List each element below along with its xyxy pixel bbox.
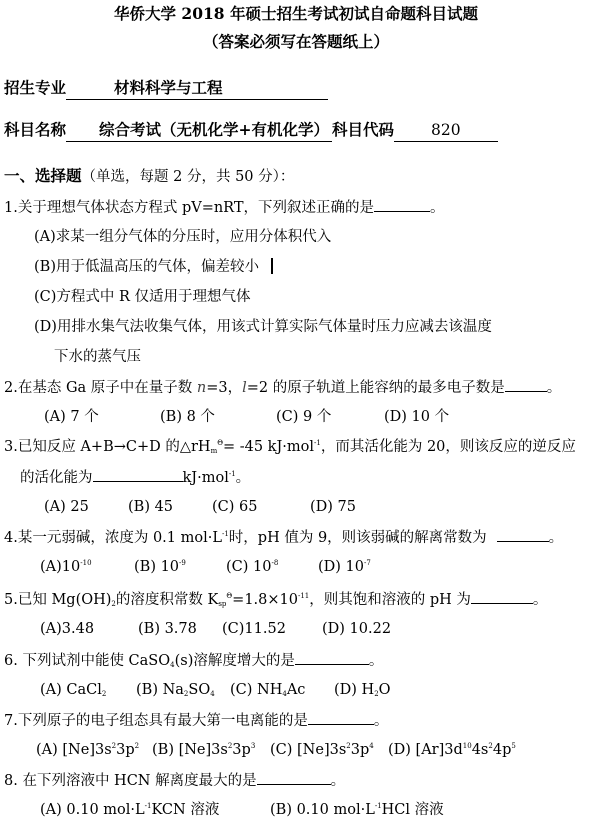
q6-options: (A) CaCl2(B) Na2SO4(C) NH4Ac(D) H2O (40, 680, 391, 700)
subject-row: 科目名称综合考试（无机化学+有机化学）科目代码820 (4, 120, 498, 142)
subject-label: 科目名称 (4, 120, 66, 139)
code-label: 科目代码 (332, 120, 394, 139)
q1-option-d-cont: 下水的蒸气压 (54, 347, 141, 367)
question-4: 4.某一元弱碱，浓度为 0.1 mol·L-1时，pH 值为 9，则该弱碱的解离… (4, 527, 563, 548)
text-cursor (271, 258, 273, 274)
q5-options: (A)3.48(B) 3.78(C)11.52(D) 10.22 (40, 619, 391, 639)
exam-subtitle: （答案必须写在答题纸上） (0, 32, 592, 52)
q1-option-d: (D)用排水集气法收集气体，用该式计算实际气体量时压力应减去该温度 (34, 317, 492, 337)
q8-options: (A) 0.10 mol·L-1KCN 溶液(B) 0.10 mol·L-1HC… (40, 800, 444, 820)
exam-title: 华侨大学 2018 年硕士招生考试初试自命题科目试题 (0, 4, 592, 24)
q1-option-b: (B)用于低温高压的气体，偏差较小 (34, 257, 273, 277)
question-2: 2.在基态 Ga 原子中在量子数 n=3，l=2 的原子轨道上能容纳的最多电子数… (4, 377, 561, 398)
q1-option-a: (A)求某一组分气体的分压时，应用分体积代入 (34, 227, 331, 247)
question-3: 3.已知反应 A+B→C+D 的△rHmΘ= -45 kJ·mol-1，而其活化… (4, 437, 576, 457)
q4-options: (A)10-10(B) 10-9(C) 10-8(D) 10-7 (40, 557, 371, 577)
major-label: 招生专业 (4, 78, 66, 97)
question-5: 5.已知 Mg(OH)2的溶度积常数 KspΘ=1.8×10-11，则其饱和溶液… (4, 589, 547, 610)
question-3-cont: 的活化能为kJ·mol-1。 (20, 467, 250, 488)
q1-option-c: (C)方程式中 R 仅适用于理想气体 (34, 287, 251, 307)
question-7: 7.下列原子的电子组态具有最大第一电离能的是。 (4, 710, 388, 731)
subject-value: 综合考试（无机化学+有机化学） (66, 120, 332, 142)
question-1: 1.关于理想气体状态方程式 pV=nRT，下列叙述正确的是。 (4, 197, 445, 218)
question-8: 8. 在下列溶液中 HCN 解离度最大的是。 (4, 770, 345, 791)
q2-options: (A) 7 个(B) 8 个(C) 9 个(D) 10 个 (44, 407, 449, 427)
question-6: 6. 下列试剂中能使 CaSO4(s)溶解度增大的是。 (4, 650, 383, 671)
q7-options: (A) [Ne]3s23p2(B) [Ne]3s23p3(C) [Ne]3s23… (36, 740, 516, 760)
q3-options: (A) 25(B) 45(C) 65(D) 75 (44, 497, 356, 517)
code-value: 820 (394, 120, 498, 142)
section-heading: 一、选择题（单选，每题 2 分，共 50 分）： (4, 166, 294, 187)
major-value: 材料科学与工程 (66, 78, 328, 100)
major-row: 招生专业材料科学与工程 (4, 78, 328, 100)
